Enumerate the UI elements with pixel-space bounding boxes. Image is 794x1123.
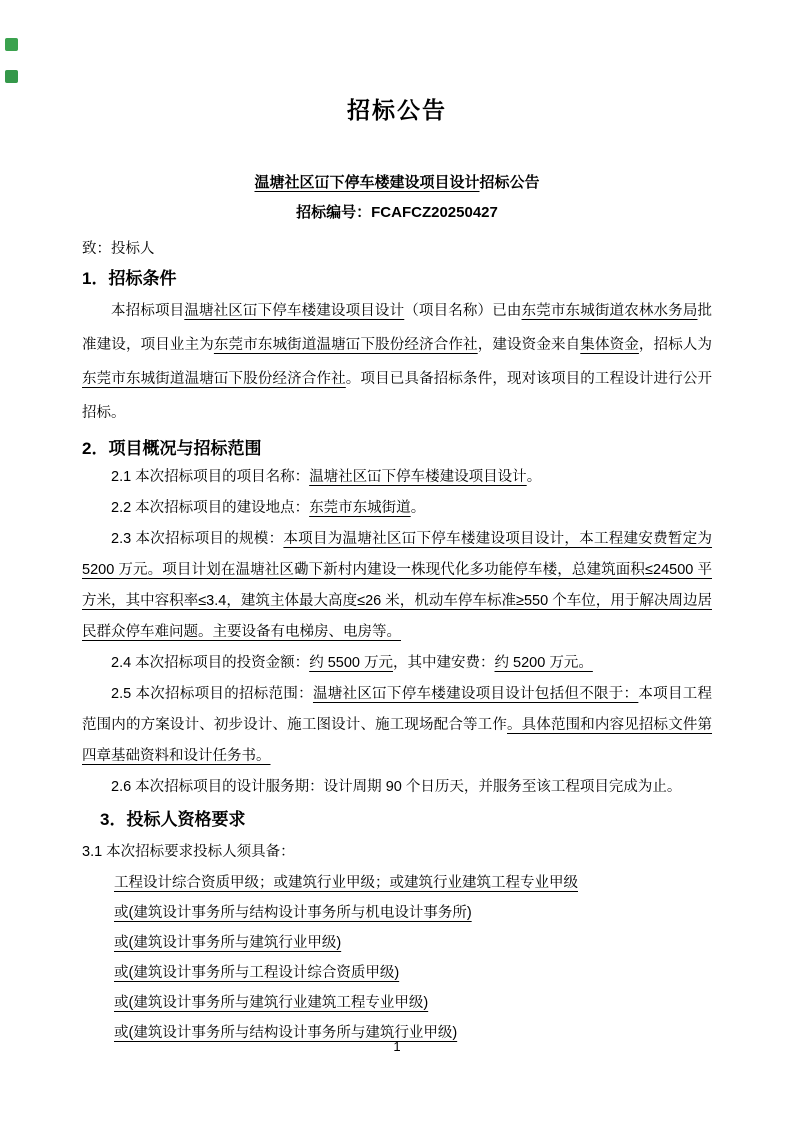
section1-paragraph: 本招标项目温塘社区冚下停车楼建设项目设计（项目名称）已由东莞市东城街道农林水务局…	[82, 294, 712, 430]
qualification-option: 工程设计综合资质甲级；或建筑行业甲级；或建筑行业建筑工程专业甲级	[114, 872, 712, 894]
text-run: 集体资金	[580, 337, 639, 353]
text-run: 。	[527, 469, 542, 485]
green-marker-icon	[5, 38, 18, 51]
clause-2-1: 2.1 本次招标项目的项目名称：温塘社区冚下停车楼建设项目设计。	[82, 462, 712, 493]
text-run: ，招标人为	[639, 337, 712, 353]
text-run: 2.1 本次招标项目的项目名称：	[111, 469, 309, 485]
text-run: 。	[411, 500, 426, 516]
green-marker-icon	[5, 70, 18, 83]
text-run: （项目名称）已由	[404, 303, 521, 319]
text-run: 2.6 本次招标项目的设计服务期：设计周期 90 个日历天，并服务至该工程项目完…	[111, 779, 681, 795]
qualification-option: 或(建筑设计事务所与建筑行业建筑工程专业甲级)	[114, 992, 712, 1014]
qualification-option: 或(建筑设计事务所与工程设计综合资质甲级)	[114, 962, 712, 984]
qualification-option: 或(建筑设计事务所与结构设计事务所与机电设计事务所)	[114, 902, 712, 924]
text-run: 东莞市东城街道温塘冚下股份经济合作社	[214, 337, 478, 353]
page-number: 1	[0, 1038, 794, 1056]
text-run: 东莞市东城街道温塘冚下股份经济合作社	[82, 371, 346, 387]
page-title: 招标公告	[82, 96, 712, 124]
text-run: 约 5200 万元。	[495, 655, 593, 671]
section2-heading: 2．项目概况与招标范围	[82, 436, 712, 462]
addressee-line: 致：投标人	[82, 238, 712, 260]
document-content: 招标公告 温塘社区冚下停车楼建设项目设计招标公告 招标编号：FCAFCZ2025…	[82, 0, 712, 1044]
text-run: 2.4 本次招标项目的投资金额：	[111, 655, 309, 671]
clause-3-1-intro: 3.1 本次招标要求投标人须具备：	[82, 840, 712, 864]
clause-2-6: 2.6 本次招标项目的设计服务期：设计周期 90 个日历天，并服务至该工程项目完…	[82, 772, 712, 803]
text-run: 招标公告	[480, 174, 540, 191]
text-run: 温塘社区冚下停车楼建设项目设计包括但不限于：	[313, 686, 638, 702]
text-run: 2.2 本次招标项目的建设地点：	[111, 500, 309, 516]
document-page: 招标公告 温塘社区冚下停车楼建设项目设计招标公告 招标编号：FCAFCZ2025…	[0, 0, 794, 1123]
bid-number-line: 招标编号：FCAFCZ20250427	[82, 202, 712, 224]
text-run: ，建设资金来自	[478, 337, 581, 353]
clause-2-2: 2.2 本次招标项目的建设地点：东莞市东城街道。	[82, 493, 712, 524]
text-run: ，其中建安费：	[393, 655, 495, 671]
text-run: 本项目为温塘社区冚下停车楼建设项目设计，本工程建安费暂定为 5200 万元。项目…	[82, 531, 712, 640]
clause-2-3: 2.3 本次招标项目的规模：本项目为温塘社区冚下停车楼建设项目设计，本工程建安费…	[82, 524, 712, 648]
text-run: 温塘社区冚下停车楼建设项目设计	[184, 303, 404, 319]
project-subtitle: 温塘社区冚下停车楼建设项目设计招标公告	[82, 172, 712, 194]
text-run: 东莞市东城街道	[309, 500, 411, 516]
clause-2-5: 2.5 本次招标项目的招标范围：温塘社区冚下停车楼建设项目设计包括但不限于：本项…	[82, 679, 712, 772]
text-run: 约 5500 万元	[309, 655, 393, 671]
text-run: 温塘社区冚下停车楼建设项目设计	[254, 174, 479, 191]
text-run: 2.3 本次招标项目的规模：	[111, 531, 283, 547]
text-run: 2.5 本次招标项目的招标范围：	[111, 686, 313, 702]
text-run: 本招标项目	[111, 303, 184, 319]
section1-heading: 1．招标条件	[82, 266, 712, 292]
qualification-option: 或(建筑设计事务所与建筑行业甲级)	[114, 932, 712, 954]
text-run: 温塘社区冚下停车楼建设项目设计	[309, 469, 527, 485]
section3-heading: 3．投标人资格要求	[100, 807, 712, 833]
text-run: 东莞市东城街道农林水务局	[522, 303, 698, 319]
clause-2-4: 2.4 本次招标项目的投资金额：约 5500 万元，其中建安费：约 5200 万…	[82, 648, 712, 679]
